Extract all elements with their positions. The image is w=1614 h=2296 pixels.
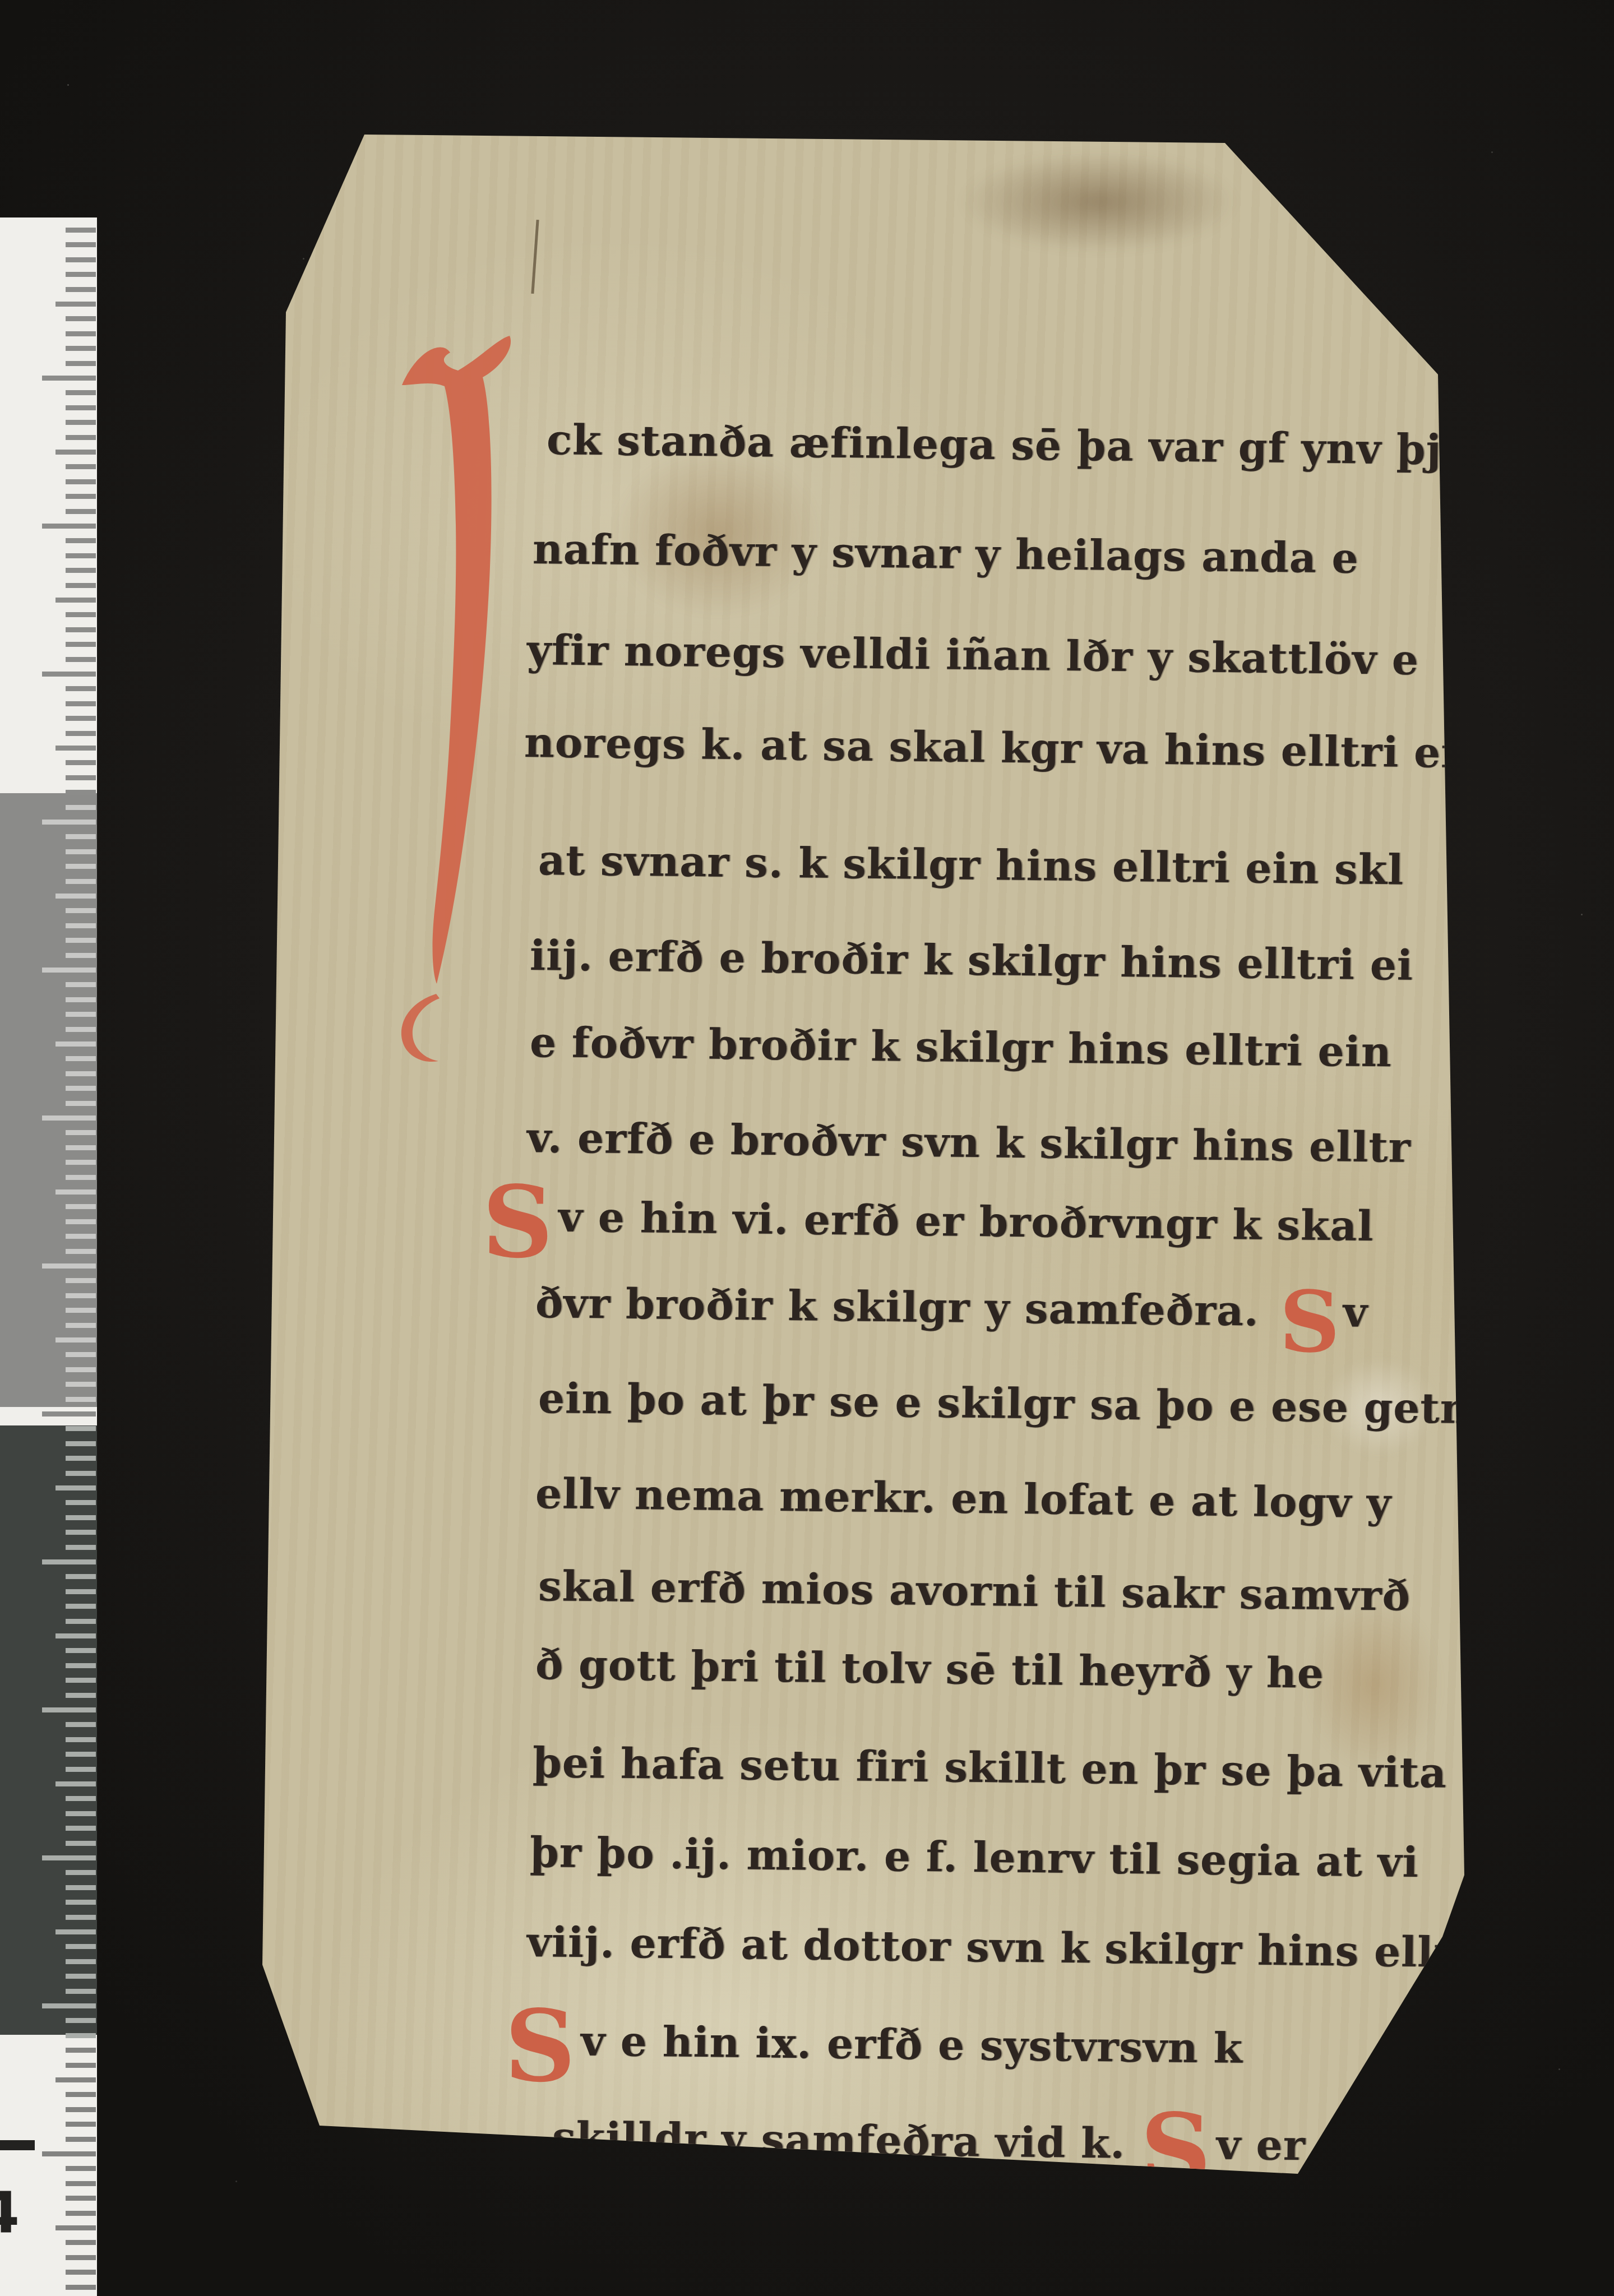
line-text: ein þo at þr se e skilgr sa þo e ese get…	[538, 1374, 1471, 1433]
ruler-tick	[66, 1989, 96, 1994]
ruler-tick	[66, 568, 96, 573]
ruler-tick	[66, 2107, 96, 2112]
ruler-tick	[66, 686, 96, 691]
ruler-tick	[66, 1545, 96, 1550]
ruler-tick	[42, 1707, 96, 1712]
ruler-tick	[42, 820, 96, 825]
manuscript-leaf: ck stanða æfinlega sē þa var gf ynv þjna…	[0, 0, 1614, 2296]
ruler-tick	[66, 1382, 96, 1387]
ruler-tick	[66, 538, 96, 543]
ruler-tick	[66, 1012, 96, 1017]
ruler-tick	[66, 331, 96, 336]
ruler-tick	[66, 1471, 96, 1476]
ruler-tick	[66, 1175, 96, 1180]
ruler-tick	[66, 1219, 96, 1224]
ruler-tick	[66, 1441, 96, 1446]
ruler-tick	[66, 1249, 96, 1254]
ruler-tick	[56, 2077, 96, 2082]
ruler-tick	[66, 2270, 96, 2275]
ruler-tick	[42, 1263, 96, 1269]
ruler-tick	[66, 420, 96, 425]
line-text: v. erfð e broðvr svn k skilgr hins elltr	[527, 1114, 1412, 1172]
ruler-tick	[66, 642, 96, 647]
ruler-tick	[66, 760, 96, 765]
ruler-tick	[66, 1352, 96, 1357]
line-text: þr þo .ij. mior. e f. lenrv til segia at…	[530, 1829, 1419, 1887]
ruler-tick	[66, 1752, 96, 1757]
ruler-tick	[66, 997, 96, 1002]
ruler-tick	[66, 2033, 96, 2038]
text-line: nafn foðvr y svnar y heilags anda e	[532, 519, 1359, 590]
ruler-tick	[66, 361, 96, 366]
ruler-tick	[66, 1900, 96, 1905]
centimeter-tick	[0, 2140, 35, 2150]
text-line: ð gott þri til tolv sē til heyrð y he	[535, 1634, 1324, 1705]
ruler-tick	[56, 1485, 96, 1490]
ruler-tick	[66, 1915, 96, 1920]
line-text: v	[1343, 1288, 1368, 1336]
text-line: e foðvr broðir k skilgr hins elltri ein	[529, 1012, 1392, 1083]
ruler-tick	[66, 2092, 96, 2097]
ruler-tick	[66, 1663, 96, 1668]
ruler-tick	[66, 982, 96, 987]
ruler-tick	[66, 1648, 96, 1653]
ruler-tick	[66, 731, 96, 736]
measurement-ruler: 4	[0, 217, 97, 2296]
text-line: ðvr broðir k skilgr y samfeðra. Sv	[535, 1272, 1368, 1344]
ruler-cm-label: 4	[0, 2185, 20, 2242]
ruler-tick	[66, 2122, 96, 2127]
line-text: skal erfð mios avorni til sakr samvrð	[538, 1562, 1411, 1621]
ruler-tick	[56, 1041, 96, 1047]
ruler-tick	[66, 1589, 96, 1594]
ruler-tick	[56, 1337, 96, 1343]
ruler-tick	[66, 701, 96, 706]
ruler-tick	[66, 2255, 96, 2260]
ruler-tick	[66, 1071, 96, 1076]
line-text: v e hin vi. erfð er broðrvngr k skal	[558, 1193, 1374, 1251]
ruler-tick	[66, 1959, 96, 1964]
text-line: skal erfð mios avorni til sakr samvrð	[538, 1556, 1410, 1627]
ruler-tick	[56, 1929, 96, 1934]
ruler-tick	[66, 627, 96, 632]
ruler-tick	[66, 1530, 96, 1535]
ruler-tick	[66, 2137, 96, 2142]
ruler-tick	[66, 1604, 96, 1609]
line-text: yfir noregs velldi iñan lðr y skattlöv e	[527, 626, 1419, 684]
ruler-tick	[66, 1826, 96, 1831]
line-text: ellv nema merkr. en lofat e at logv y	[535, 1470, 1392, 1527]
ruler-tick	[66, 923, 96, 928]
text-line: ck stanða æfinlega sē þa var gf ynv þj	[546, 409, 1442, 481]
ruler-tick	[66, 2240, 96, 2245]
line-text: þei hafa setu firi skillt en þr se þa vi…	[533, 1739, 1515, 1798]
ruler-tick	[66, 1367, 96, 1372]
ruler-tick	[66, 390, 96, 395]
line-text: noregs k. at sa skal kgr va hins elltri …	[524, 719, 1488, 777]
ruler-section-gray	[0, 793, 97, 1407]
ruler-tick	[56, 598, 96, 603]
ruler-tick	[66, 553, 96, 558]
rubric-initial: S	[504, 1988, 581, 2105]
ruler-tick	[66, 583, 96, 588]
ruler-tick	[66, 1130, 96, 1135]
ruler-tick	[66, 257, 96, 262]
ruler-tick	[66, 657, 96, 662]
ruler-tick	[66, 1145, 96, 1150]
rubric-initial: S	[482, 1164, 559, 1281]
ruler-tick	[66, 405, 96, 410]
text-line: þei hafa setu firi skillt en þr se þa vi…	[532, 1732, 1515, 1805]
ruler-tick	[66, 1027, 96, 1032]
ruler-tick	[66, 1841, 96, 1846]
ruler-tick	[66, 479, 96, 484]
ruler-tick	[66, 2196, 96, 2201]
ruler-tick	[66, 790, 96, 795]
ruler-tick	[66, 2181, 96, 2186]
text-line: Sv e hin vi. erfð er broðrvngr k skal	[482, 1186, 1374, 1257]
line-text: iij. erfð e broðir k skilgr hins elltri …	[530, 932, 1414, 990]
ruler-tick	[56, 1781, 96, 1786]
ruler-tick	[66, 1737, 96, 1742]
line-text: v e hin ix. erfð e systvrsvn k	[581, 2017, 1243, 2073]
text-line: iij. erfð e broðir k skilgr hins elltri …	[529, 925, 1413, 997]
ruler-tick	[66, 849, 96, 854]
ruler-tick	[66, 2063, 96, 2068]
ruler-tick	[66, 864, 96, 869]
text-line: v. erfð e broðvr svn k skilgr hins elltr	[526, 1107, 1411, 1179]
line-text: ð gott þri til tolv sē til heyrð y he	[535, 1641, 1325, 1698]
text-line: viij. erfð at dottor svn k skilgr hins e…	[526, 1911, 1456, 1984]
ruler-tick	[42, 968, 96, 973]
ruler-tick	[66, 953, 96, 958]
ruler-tick	[66, 716, 96, 721]
ruler-tick	[66, 938, 96, 943]
ruler-tick	[66, 612, 96, 617]
ruler-tick	[66, 1086, 96, 1091]
ruler-tick	[42, 524, 96, 529]
text-line: noregs k. at sa skal kgr va hins elltri …	[524, 712, 1488, 784]
ruler-tick	[66, 879, 96, 884]
line-text: e foðvr broðir k skilgr hins elltri ein	[530, 1019, 1392, 1076]
line-text: v er	[1216, 2121, 1306, 2170]
text-line: ellv nema merkr. en lofat e at logv y	[535, 1463, 1391, 1534]
ruler-tick	[56, 746, 96, 751]
line-text: at svnar s. k skilgr hins elltri ein skl	[538, 836, 1404, 895]
ruler-tick	[66, 1574, 96, 1579]
ruler-tick	[66, 805, 96, 810]
ruler-tick	[56, 2225, 96, 2230]
ruler-tick	[66, 1426, 96, 1431]
ruler-tick	[42, 1855, 96, 1860]
line-text: nafn foðvr y svnar y heilags anda e	[533, 525, 1359, 583]
ruler-tick	[42, 376, 96, 381]
ruler-tick	[56, 894, 96, 899]
ruler-tick	[66, 228, 96, 233]
dust-speck	[67, 84, 69, 86]
ruler-tick	[66, 1500, 96, 1505]
ruler-tick	[66, 287, 96, 292]
ruler-tick	[66, 435, 96, 440]
ruler-tick	[66, 1056, 96, 1061]
ruler-tick	[66, 1308, 96, 1313]
ruler-tick	[66, 1619, 96, 1624]
ruler-tick	[66, 1101, 96, 1106]
photo-canvas: ck stanða æfinlega sē þa var gf ynv þjna…	[0, 0, 1614, 2296]
ruler-tick	[66, 1885, 96, 1890]
ruler-tick	[66, 1278, 96, 1283]
ruler-tick	[66, 2285, 96, 2290]
text-line: yfir noregs velldi iñan lðr y skattlöv e	[526, 619, 1419, 691]
ruler-tick	[66, 2048, 96, 2053]
ruler-tick	[42, 2003, 96, 2008]
ruler-tick	[66, 272, 96, 277]
ruler-tick	[66, 1160, 96, 1165]
ruler-tick	[66, 509, 96, 514]
ruler-tick	[42, 1559, 96, 1564]
ruler-tick	[66, 834, 96, 839]
ruler-tick	[66, 1796, 96, 1801]
ruler-tick	[56, 1633, 96, 1638]
line-text: ck stanða æfinlega sē þa var gf ynv þj	[547, 416, 1442, 474]
ruler-tick	[66, 1870, 96, 1875]
ruler-tick	[66, 1204, 96, 1209]
ruler-tick	[66, 1678, 96, 1683]
rubric-curl-mark	[392, 989, 460, 1068]
ruler-tick	[66, 908, 96, 913]
ruler-tick	[66, 316, 96, 321]
ruler-tick	[66, 464, 96, 469]
ruler-tick	[66, 1515, 96, 1520]
ruler-tick	[66, 1722, 96, 1727]
ruler-tick	[66, 1811, 96, 1816]
ruler-tick	[66, 1293, 96, 1298]
ruler-tick	[66, 494, 96, 499]
ruler-tick	[66, 1974, 96, 1979]
ruler-tick	[66, 775, 96, 780]
ruler-tick	[66, 1693, 96, 1698]
ruler-tick	[66, 1397, 96, 1402]
ruler-tick	[66, 1944, 96, 1949]
ruler-tick	[66, 346, 96, 351]
ruler-tick	[66, 2166, 96, 2171]
ruler-tick	[42, 1115, 96, 1121]
ruler-tick	[42, 2151, 96, 2156]
line-text: viij. erfð at dottor svn k skilgr hins e…	[527, 1918, 1456, 1977]
text-line: þr þo .ij. mior. e f. lenrv til segia at…	[529, 1822, 1419, 1894]
ruler-tick	[42, 672, 96, 677]
ruler-tick	[56, 302, 96, 307]
text-line: Sv e hin ix. erfð e systvrsvn k	[504, 2010, 1243, 2080]
ruler-tick	[66, 242, 96, 247]
line-text: skilldr y samfeðra vid k.	[552, 2113, 1141, 2168]
ruler-tick	[66, 1767, 96, 1772]
ruler-tick	[66, 1323, 96, 1328]
ruler-tick	[56, 450, 96, 455]
rubric-initial: S	[1139, 2091, 1217, 2209]
line-text: ðvr broðir k skilgr y samfeðra.	[535, 1279, 1274, 1336]
ruler-tick	[56, 1189, 96, 1195]
text-line: ein þo at þr se e skilgr sa þo e ese get…	[538, 1368, 1471, 1440]
ruler-tick	[42, 1411, 96, 1417]
rubric-initial: S	[1273, 1272, 1343, 1372]
ruler-tick	[66, 1456, 96, 1461]
ruler-tick	[66, 2211, 96, 2216]
ruler-tick	[66, 2018, 96, 2023]
text-line: skilldr y samfeðra vid k. Sv er	[552, 2107, 1306, 2177]
ruler-tick	[66, 1234, 96, 1239]
text-line: at svnar s. k skilgr hins elltri ein skl	[538, 830, 1404, 901]
